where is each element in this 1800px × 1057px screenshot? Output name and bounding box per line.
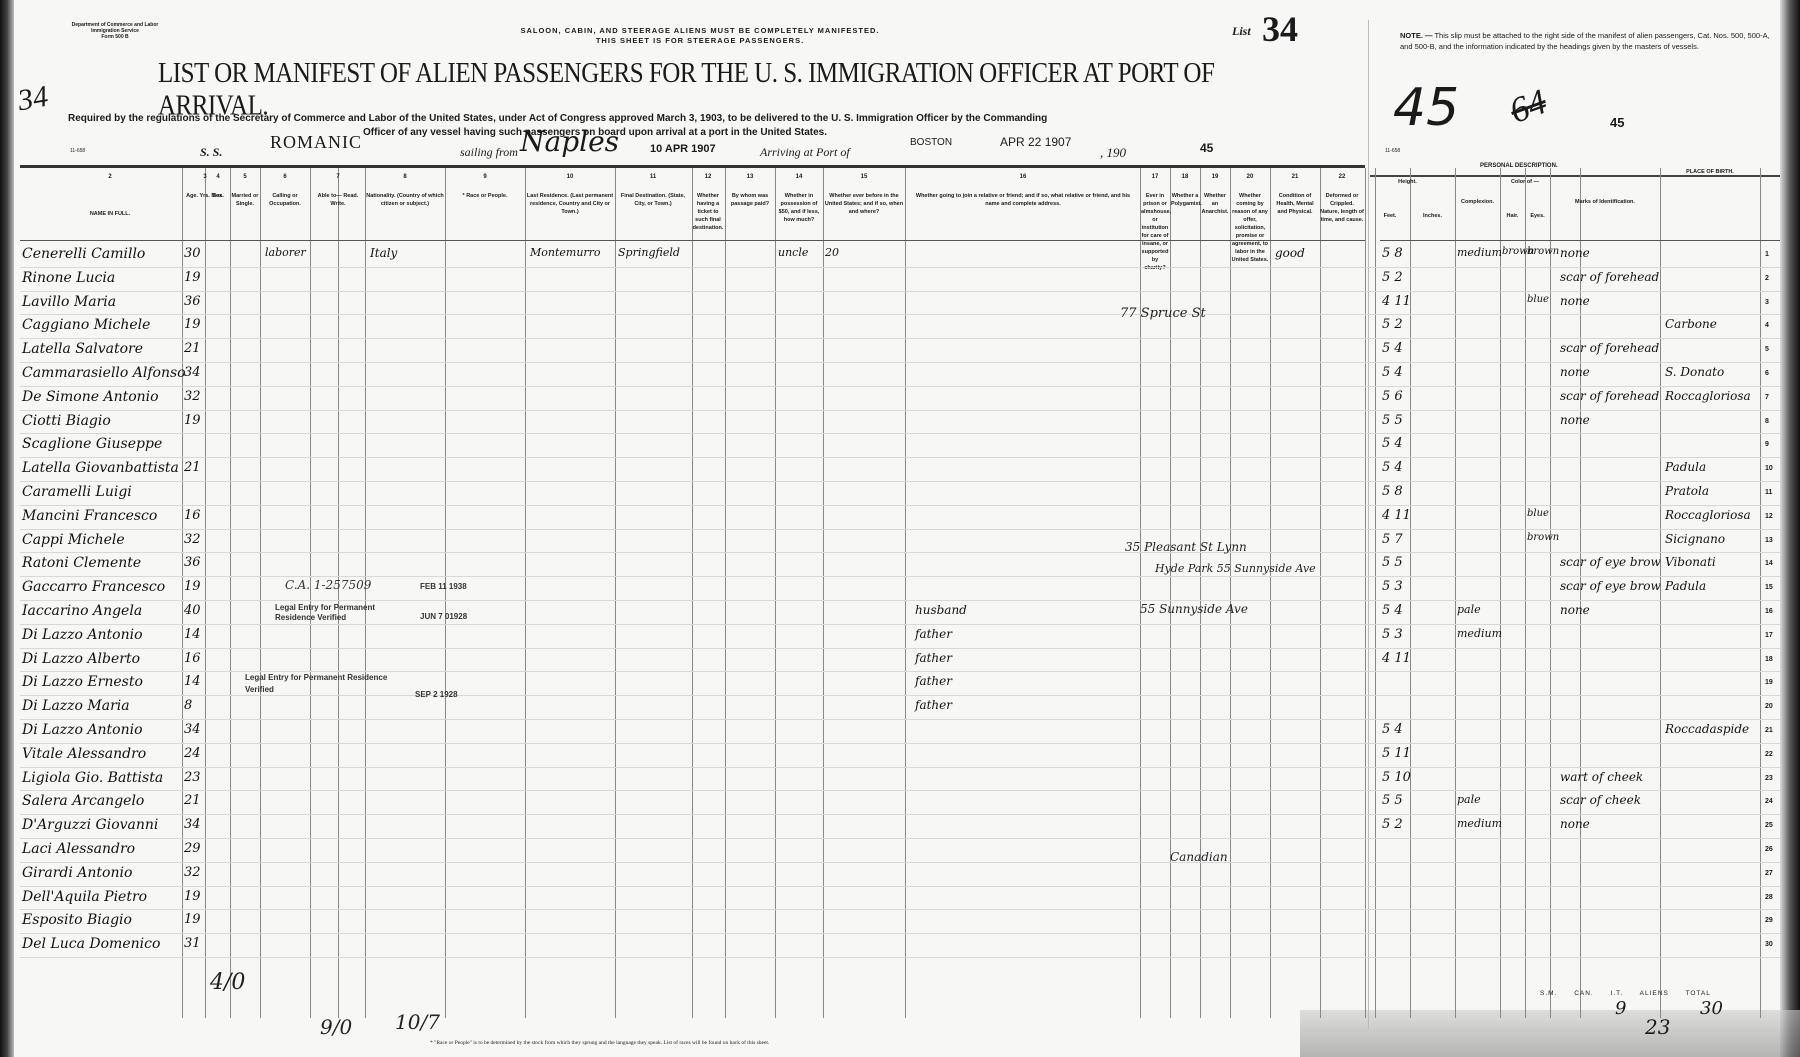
- passenger-name: Dell'Aquila Pietro: [22, 889, 147, 905]
- passenger-occupation: laborer: [265, 246, 306, 259]
- slip-column-header: Height.: [1375, 178, 1440, 186]
- passenger-eyes: brown: [1527, 246, 1559, 257]
- row-rule: [20, 338, 1780, 339]
- passenger-name: Vitale Alessandro: [22, 746, 146, 762]
- passenger-height: 5 4: [1382, 436, 1403, 451]
- row-rule: [20, 576, 1780, 577]
- column-number: 12: [698, 174, 718, 180]
- passenger-age: 8: [184, 698, 192, 713]
- column-divider: [905, 168, 906, 1018]
- column-number: 9: [475, 174, 495, 180]
- column-number: 2: [100, 174, 120, 180]
- row-number: 5: [1765, 346, 1769, 353]
- column-number: 21: [1285, 174, 1305, 180]
- passenger-name: Esposito Biagio: [22, 912, 132, 928]
- passenger-eyes: blue: [1527, 508, 1549, 519]
- passenger-marks: scar of cheek: [1560, 793, 1641, 807]
- passenger-age: 29: [184, 841, 201, 856]
- row-rule: [20, 719, 1780, 720]
- column-divider: [205, 168, 206, 1018]
- passenger-marks: scar of forehead: [1560, 270, 1659, 284]
- row-rule: [20, 386, 1780, 387]
- passenger-age: 21: [184, 460, 201, 475]
- passenger-age: 30: [184, 246, 201, 261]
- passenger-height: 5 5: [1382, 555, 1403, 570]
- column-header: Final Destination. (State, City, or Town…: [615, 192, 691, 208]
- column-header: Whether a Polygamist.: [1171, 192, 1199, 208]
- passenger-name: Latella Salvatore: [22, 341, 143, 357]
- row-number: 24: [1765, 798, 1773, 805]
- column-divider: [365, 168, 366, 1018]
- row-number: 12: [1765, 513, 1773, 520]
- column-divider: [1270, 168, 1271, 1018]
- note-text: This slip must be attached to the right …: [1400, 31, 1770, 51]
- passenger-age: 19: [184, 317, 201, 332]
- passenger-money: 20: [825, 246, 839, 259]
- column-header: Condition of Health, Mental and Physical…: [1271, 192, 1319, 216]
- passenger-age: 23: [184, 770, 201, 785]
- passenger-name: Ciotti Biagio: [22, 413, 111, 429]
- column-divider: [182, 168, 183, 1018]
- passenger-name: Mancini Francesco: [22, 508, 157, 524]
- slip-column-header: Complexion.: [1455, 198, 1500, 206]
- row-number: 11: [1765, 489, 1772, 496]
- row-number: 21: [1765, 727, 1773, 734]
- column-header: Whether having a ticket to such final de…: [692, 192, 724, 232]
- passenger-relative: father: [915, 698, 952, 712]
- slip-form-code: 11-658: [1385, 148, 1400, 154]
- passenger-complexion: pale: [1457, 603, 1481, 616]
- passenger-height: 5 5: [1382, 793, 1403, 808]
- row-number: 19: [1765, 679, 1773, 686]
- column-divider: [1760, 168, 1761, 1018]
- passenger-complexion: medium: [1457, 246, 1502, 259]
- row-number: 15: [1765, 584, 1773, 591]
- passenger-name: Cammarasiello Alfonso: [22, 365, 186, 381]
- row-number: 27: [1765, 870, 1773, 877]
- passenger-name: Di Lazzo Antonio: [22, 627, 143, 643]
- row-number: 23: [1765, 775, 1773, 782]
- passenger-height: 5 11: [1382, 746, 1411, 761]
- slip-crossed-number: 64: [1504, 80, 1552, 132]
- passenger-name: Del Luca Domenico: [22, 936, 160, 952]
- passenger-name: Di Lazzo Ernesto: [22, 674, 143, 690]
- list-number: 34: [1262, 8, 1298, 50]
- passenger-age: 19: [184, 413, 201, 428]
- column-divider: [1550, 168, 1551, 1018]
- row-rule: [20, 362, 1780, 363]
- column-header: Nationality. (Country of which citizen o…: [366, 192, 444, 208]
- passenger-height: 5 2: [1382, 817, 1403, 832]
- passenger-age: 14: [184, 674, 201, 689]
- row-rule: [20, 767, 1780, 768]
- steerage-banner: SALOON, CABIN, AND STEERAGE ALIENS MUST …: [440, 26, 960, 46]
- row-number: 18: [1765, 656, 1773, 663]
- bottom-mark-3: 10/7: [395, 1010, 440, 1034]
- passenger-eyes: brown: [1527, 532, 1559, 543]
- sailing-date: 10 APR 1907: [650, 143, 716, 155]
- passenger-birthplace: Roccagloriosa: [1665, 389, 1751, 403]
- row-rule: [20, 552, 1780, 553]
- column-divider: [1320, 168, 1321, 1018]
- passenger-name: Iaccarino Angela: [22, 603, 142, 619]
- passenger-age: 19: [184, 889, 201, 904]
- passenger-birthplace: Padula: [1665, 579, 1706, 593]
- row-number: 26: [1765, 846, 1773, 853]
- legal-entry-stamp-2: Legal Entry for Permanent Residence Veri…: [245, 672, 395, 696]
- column-number: 20: [1240, 174, 1260, 180]
- slip-column-header: PLACE OF BIRTH.: [1660, 168, 1760, 176]
- passenger-age: 34: [184, 722, 201, 737]
- row-number: 14: [1765, 560, 1773, 567]
- row-number: 20: [1765, 703, 1773, 710]
- slip-printed-number: 45: [1610, 115, 1624, 130]
- ca-number-stamp: C.A. 1-257509: [285, 578, 371, 592]
- passenger-birthplace: Pratola: [1665, 484, 1709, 498]
- column-number: 8: [395, 174, 415, 180]
- passenger-age: 21: [184, 341, 201, 356]
- column-divider: [1525, 168, 1526, 1018]
- row-rule: [20, 600, 1780, 601]
- canadian-note: Canadian: [1170, 850, 1228, 864]
- passenger-birthplace: Sicignano: [1665, 532, 1725, 546]
- legal-entry-stamp-1: Legal Entry for Permanent Residence Veri…: [275, 603, 395, 623]
- passenger-marks: none: [1560, 294, 1590, 308]
- column-number: 10: [560, 174, 580, 180]
- column-divider: [1170, 168, 1171, 1018]
- note-label: NOTE. —: [1400, 31, 1433, 40]
- column-header: Whether in possession of $50, and if les…: [776, 192, 822, 224]
- passenger-height: 4 11: [1382, 508, 1411, 523]
- arrival-port: BOSTON: [910, 137, 952, 148]
- passenger-height: 4 11: [1382, 294, 1411, 309]
- column-divider: [338, 168, 339, 1018]
- slip-header-rule: [1380, 240, 1780, 241]
- passenger-age: 36: [184, 294, 201, 309]
- row-rule: [20, 624, 1780, 625]
- passenger-height: 5 4: [1382, 722, 1403, 737]
- column-number: 7: [328, 174, 348, 180]
- column-header: Married or Single.: [231, 192, 259, 208]
- address-note-3: Hyde Park 55 Sunnyside Ave: [1155, 562, 1316, 575]
- row-rule: [20, 957, 1780, 958]
- passenger-name: Girardi Antonio: [22, 865, 132, 881]
- total-count: 30: [1700, 998, 1723, 1019]
- row-number: 7: [1765, 394, 1769, 401]
- passenger-marks: scar of eye brow: [1560, 555, 1661, 569]
- passenger-name: De Simone Antonio: [22, 389, 159, 405]
- column-divider: [725, 168, 726, 1018]
- passenger-age: 32: [184, 389, 201, 404]
- department-label: Department of Commerce and Labor Immigra…: [60, 22, 170, 40]
- row-rule: [20, 814, 1780, 815]
- passenger-relative: father: [915, 651, 952, 665]
- ss-label: S. S.: [200, 145, 222, 160]
- row-number: 8: [1765, 418, 1769, 425]
- passenger-height: 5 6: [1382, 389, 1403, 404]
- column-divider: [1230, 168, 1231, 1018]
- passenger-marks: wart of cheek: [1560, 770, 1643, 784]
- row-rule: [20, 648, 1780, 649]
- row-number: 17: [1765, 632, 1773, 639]
- column-number: 5: [235, 174, 255, 180]
- legal-entry-date-1: JUN 7 01928: [420, 612, 467, 621]
- passenger-height: 5 8: [1382, 246, 1403, 261]
- row-rule: [20, 267, 1780, 268]
- banner-line-1: SALOON, CABIN, AND STEERAGE ALIENS MUST …: [440, 26, 960, 36]
- banner-line-2: THIS SHEET IS FOR STEERAGE PASSENGERS.: [440, 36, 960, 46]
- passenger-eyes: blue: [1527, 294, 1549, 305]
- column-divider: [525, 168, 526, 1018]
- slip-column-header: Inches.: [1410, 212, 1455, 220]
- total-label-it: I.T.: [1611, 990, 1624, 997]
- passenger-age: 19: [184, 579, 201, 594]
- passenger-height: 5 7: [1382, 532, 1403, 547]
- slip-hand-number: 45: [1393, 78, 1459, 138]
- arriving-label: Arriving at Port of: [760, 145, 850, 160]
- passenger-residence: Montemurro: [530, 246, 601, 259]
- regulation-line-1: Required by the regulations of the Secre…: [68, 113, 1047, 124]
- column-header: Deformed or Crippled. Nature, length of …: [1320, 192, 1364, 224]
- passenger-name: Ligiola Gio. Battista: [22, 770, 163, 786]
- passenger-name: Scaglione Giuseppe: [22, 436, 162, 452]
- row-number: 29: [1765, 917, 1773, 924]
- passenger-age: 19: [184, 270, 201, 285]
- bottom-mark-1: 4/0: [210, 970, 245, 995]
- list-label: List: [1232, 24, 1251, 39]
- column-number: 17: [1145, 174, 1165, 180]
- passenger-name: Caramelli Luigi: [22, 484, 132, 500]
- passenger-height: 5 3: [1382, 627, 1403, 642]
- row-number: 4: [1765, 322, 1769, 329]
- column-header: Calling or Occupation.: [261, 192, 309, 208]
- row-rule: [20, 314, 1780, 315]
- row-rule: [20, 790, 1780, 791]
- voyage-line: S. S. ROMANIC sailing from Naples 10 APR…: [200, 135, 1200, 161]
- row-number: 9: [1765, 441, 1769, 448]
- passenger-height: 5 4: [1382, 365, 1403, 380]
- column-number: 19: [1205, 174, 1225, 180]
- row-number: 6: [1765, 370, 1769, 377]
- row-rule: [20, 743, 1780, 744]
- row-rule: [20, 862, 1780, 863]
- extra-count: 23: [1645, 1015, 1670, 1039]
- slip-note: NOTE. — This slip must be attached to th…: [1400, 30, 1770, 52]
- passenger-age: 19: [184, 912, 201, 927]
- passenger-marks: none: [1560, 246, 1590, 260]
- manifest-sheet: Department of Commerce and Labor Immigra…: [0, 0, 1800, 1057]
- passenger-marks: none: [1560, 817, 1590, 831]
- passenger-birthplace: Carbone: [1665, 317, 1717, 331]
- column-divider: [445, 168, 446, 1018]
- address-note-4: 55 Sunnyside Ave: [1140, 602, 1248, 616]
- row-rule: [20, 505, 1780, 506]
- total-label-sm: S.M.: [1540, 990, 1557, 997]
- passenger-name: Gaccarro Francesco: [22, 579, 165, 595]
- passenger-name: Di Lazzo Alberto: [22, 651, 140, 667]
- passenger-marks: none: [1560, 365, 1590, 379]
- column-divider: [692, 168, 693, 1018]
- passenger-age: 34: [184, 817, 201, 832]
- passenger-age: 40: [184, 603, 201, 618]
- passenger-height: 5 2: [1382, 270, 1403, 285]
- row-number: 30: [1765, 941, 1773, 948]
- column-divider: [260, 168, 261, 1018]
- row-number: 28: [1765, 894, 1773, 901]
- column-header: By whom was passage paid?: [726, 192, 774, 208]
- passenger-relative: father: [915, 627, 952, 641]
- column-header: Ever in prison or almshouse, or institut…: [1141, 192, 1169, 272]
- arrival-date: APR 22 1907: [1000, 135, 1071, 149]
- column-number: 4: [208, 174, 228, 180]
- column-number: 16: [1013, 174, 1033, 180]
- row-rule: [20, 410, 1780, 411]
- passenger-age: 14: [184, 627, 201, 642]
- form-code: 11-658: [70, 148, 85, 154]
- column-divider: [1200, 168, 1201, 1018]
- column-header: * Race or People.: [446, 192, 524, 200]
- passenger-marks: scar of forehead: [1560, 389, 1659, 403]
- passenger-age: 21: [184, 793, 201, 808]
- column-divider: [230, 168, 231, 1018]
- column-header: Whether an Anarchist.: [1201, 192, 1229, 216]
- column-header: Able to— Read. Write.: [313, 192, 363, 208]
- passenger-height: 5 4: [1382, 341, 1403, 356]
- legal-entry-date-2: SEP 2 1928: [415, 690, 458, 699]
- passenger-name: Lavillo Maria: [22, 294, 116, 310]
- passenger-birthplace: S. Donato: [1665, 365, 1724, 379]
- passenger-destination: Springfield: [618, 246, 680, 259]
- row-rule: [20, 457, 1780, 458]
- passenger-birthplace: Vibonati: [1665, 555, 1716, 569]
- ship-name: ROMANIC: [270, 132, 362, 153]
- aliens-count: 9: [1615, 998, 1626, 1019]
- passenger-health: good: [1275, 246, 1305, 260]
- sailing-label: sailing from: [460, 145, 518, 160]
- passenger-age: 16: [184, 651, 201, 666]
- row-rule: [20, 886, 1780, 887]
- passenger-age: 34: [184, 365, 201, 380]
- row-rule: [20, 481, 1780, 482]
- passenger-complexion: medium: [1457, 627, 1502, 640]
- column-number: 18: [1175, 174, 1195, 180]
- passenger-age: 32: [184, 532, 201, 547]
- passenger-height: 5 4: [1382, 603, 1403, 618]
- passenger-name: Rinone Lucia: [22, 270, 115, 286]
- scan-edge-left: [0, 0, 14, 1057]
- column-number: 11: [643, 174, 663, 180]
- passenger-name: Cenerelli Camillo: [22, 246, 145, 262]
- passenger-age: 32: [184, 865, 201, 880]
- column-header: Last Residence. (Last permanent residenc…: [526, 192, 614, 216]
- totals-row: S.M. CAN. I.T. ALIENS TOTAL: [1540, 990, 1725, 997]
- slip-column-header: Feet.: [1375, 212, 1405, 220]
- column-header: Whether coming by reason of any offer, s…: [1231, 192, 1269, 264]
- scan-edge-right: [1780, 0, 1800, 1057]
- row-number: 16: [1765, 608, 1773, 615]
- address-note-1: 77 Spruce St: [1120, 306, 1206, 321]
- passenger-height: 5 2: [1382, 317, 1403, 332]
- row-number: 22: [1765, 751, 1773, 758]
- passenger-paid: uncle: [778, 246, 808, 259]
- column-divider: [1140, 168, 1141, 1018]
- passenger-nationality: Italy: [370, 246, 397, 260]
- column-divider: [1375, 168, 1376, 1018]
- race-footnote: * "Race or People" is to be determined b…: [430, 1040, 769, 1046]
- column-number: 13: [740, 174, 760, 180]
- passenger-age: 31: [184, 936, 201, 951]
- column-header: Sex.: [207, 192, 229, 200]
- column-divider: [1365, 168, 1366, 1018]
- passenger-marks: scar of eye brow: [1560, 579, 1661, 593]
- passenger-complexion: medium: [1457, 817, 1502, 830]
- passenger-birthplace: Roccadaspide: [1665, 722, 1749, 736]
- slip-column-header: Marks of Identification.: [1550, 198, 1660, 206]
- passenger-birthplace: Roccagloriosa: [1665, 508, 1751, 522]
- passenger-height: 5 3: [1382, 579, 1403, 594]
- row-number: 1: [1765, 251, 1769, 258]
- passenger-relative: husband: [915, 603, 967, 617]
- year-suffix: , 190: [1100, 145, 1126, 161]
- row-number: 10: [1765, 465, 1773, 472]
- passenger-name: Cappi Michele: [22, 532, 125, 548]
- column-number: 15: [854, 174, 874, 180]
- column-divider: [1455, 168, 1456, 1018]
- total-label-can: CAN.: [1574, 990, 1594, 997]
- manifest-table: 2NAME IN FULL.3Age. Yrs. Mos.4Sex.5Marri…: [20, 168, 1780, 988]
- passenger-height: 5 5: [1382, 413, 1403, 428]
- stamp-date-1: FEB 11 1938: [420, 582, 467, 591]
- passenger-marks: none: [1560, 413, 1590, 427]
- column-header: Whether ever before in the United States…: [824, 192, 904, 216]
- passenger-height: 5 10: [1382, 770, 1411, 785]
- passenger-name: Laci Alessandro: [22, 841, 135, 857]
- passenger-birthplace: Padula: [1665, 460, 1706, 474]
- row-number: 2: [1765, 275, 1769, 282]
- passenger-name: Di Lazzo Maria: [22, 698, 130, 714]
- passenger-age: 24: [184, 746, 201, 761]
- row-rule: [20, 909, 1780, 910]
- passenger-age: 36: [184, 555, 201, 570]
- passenger-relative: father: [915, 674, 952, 688]
- sheet-number: 45: [1200, 141, 1213, 155]
- row-rule: [20, 433, 1780, 434]
- passenger-marks: scar of forehead: [1560, 341, 1659, 355]
- row-rule: [20, 933, 1780, 934]
- row-rule: [20, 529, 1780, 530]
- passenger-name: D'Arguzzi Giovanni: [22, 817, 158, 833]
- sailing-port: Naples: [520, 125, 619, 158]
- column-number: 6: [275, 174, 295, 180]
- margin-mark: 34: [15, 80, 50, 119]
- passenger-name: Caggiano Michele: [22, 317, 150, 333]
- column-divider: [615, 168, 616, 1018]
- passenger-height: 5 4: [1382, 460, 1403, 475]
- column-divider: [1500, 168, 1501, 1018]
- row-number: 25: [1765, 822, 1773, 829]
- column-divider: [775, 168, 776, 1018]
- total-label-aliens: ALIENS: [1640, 990, 1669, 997]
- passenger-marks: none: [1560, 603, 1590, 617]
- column-number: 14: [789, 174, 809, 180]
- passenger-height: 4 11: [1382, 651, 1411, 666]
- passenger-name: Di Lazzo Antonio: [22, 722, 143, 738]
- row-number: 3: [1765, 299, 1769, 306]
- row-number: 13: [1765, 537, 1773, 544]
- total-label-total: TOTAL: [1685, 990, 1710, 997]
- passenger-name: Ratoni Clemente: [22, 555, 141, 571]
- column-divider: [310, 168, 311, 1018]
